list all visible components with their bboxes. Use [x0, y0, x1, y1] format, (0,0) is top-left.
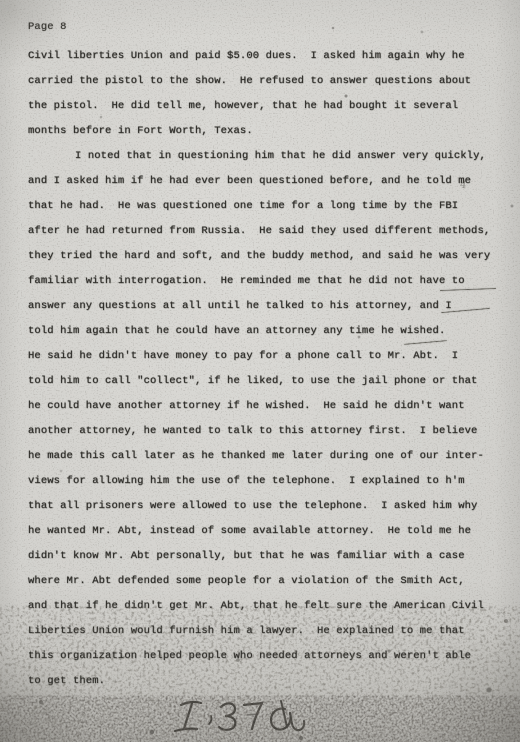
text-line: carried the pistol to the show. He refus… [28, 69, 508, 94]
text-line: they tried the hard and soft, and the bu… [28, 244, 508, 269]
typewritten-text-block: Civil liberties Union and paid $5.00 due… [28, 44, 508, 694]
pencil-margin-mark: 4 [459, 180, 466, 192]
text-line: he could have another attorney if he wis… [28, 394, 508, 419]
text-line: familiar with interrogation. He reminded… [28, 269, 508, 294]
paper-specks [0, 0, 2, 2]
text-line: he made this call later as he thanked me… [28, 444, 508, 469]
text-line: that he had. He was questioned one time … [28, 194, 508, 219]
text-line: views for allowing him the use of the te… [28, 469, 508, 494]
text-line-paragraph-start: I noted that in questioning him that he … [28, 144, 508, 169]
text-line: to get them. [28, 669, 508, 694]
text-line: after he had returned from Russia. He sa… [28, 219, 508, 244]
text-line: this organization helped people who need… [28, 644, 508, 669]
text-line: answer any questions at all until he tal… [28, 294, 508, 319]
handwriting-strokes [172, 694, 320, 738]
text-line: told him to call "collect", if he liked,… [28, 369, 508, 394]
text-line: he wanted Mr. Abt, instead of some avail… [28, 519, 508, 544]
text-line: where Mr. Abt defended some people for a… [28, 569, 508, 594]
text-line: the pistol. He did tell me, however, tha… [28, 94, 508, 119]
text-line: and I asked him if he had ever been ques… [28, 169, 508, 194]
text-line: didn't know Mr. Abt personally, but that… [28, 544, 508, 569]
text-line: that all prisoners were allowed to use t… [28, 494, 508, 519]
text-line: and that if he didn't get Mr. Abt, that … [28, 594, 508, 619]
text-line: another attorney, he wanted to talk to t… [28, 419, 508, 444]
page-number-header: Page 8 [28, 21, 67, 33]
text-line: months before in Fort Worth, Texas. [28, 119, 508, 144]
text-line: Civil liberties Union and paid $5.00 due… [28, 44, 508, 69]
text-line: Liberties Union would furnish him a lawy… [28, 619, 508, 644]
handwritten-exhibit-mark [172, 694, 320, 742]
scanned-document-page: Page 8 Civil liberties Union and paid $5… [0, 0, 520, 742]
text-line: He said he didn't have money to pay for … [28, 344, 508, 369]
